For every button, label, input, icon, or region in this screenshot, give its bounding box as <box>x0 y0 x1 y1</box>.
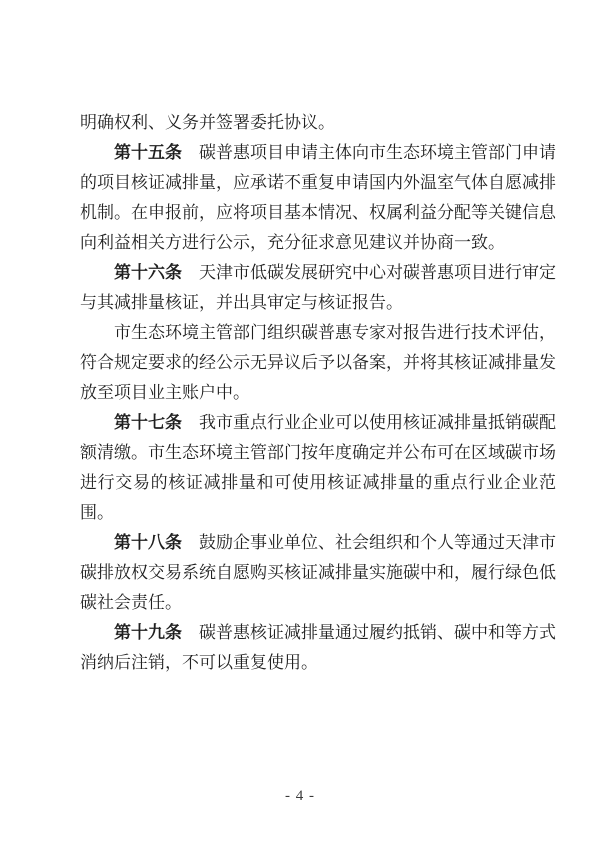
paragraph: 市生态环境主管部门组织碳普惠专家对报告进行技术评估，符合规定要求的经公示无异议后… <box>80 318 556 408</box>
paragraph: 第十八条 鼓励企事业单位、社会组织和个人等通过天津市碳排放权交易系统自愿购买核证… <box>80 528 556 618</box>
document-body: 明确权利、义务并签署委托协议。第十五条 碳普惠项目申请主体向市生态环境主管部门申… <box>80 108 556 678</box>
page-number: - 4 - <box>0 786 600 806</box>
article-number: 第十六条 <box>114 263 182 282</box>
paragraph: 第十九条 碳普惠核证减排量通过履约抵销、碳中和等方式消纳后注销，不可以重复使用。 <box>80 618 556 678</box>
paragraph-text: 明确权利、义务并签署委托协议。 <box>80 113 335 132</box>
paragraph: 第十五条 碳普惠项目申请主体向市生态环境主管部门申请的项目核证减排量，应承诺不重… <box>80 138 556 258</box>
article-number: 第十五条 <box>114 143 182 162</box>
article-number: 第十八条 <box>114 533 182 552</box>
article-number: 第十九条 <box>114 623 182 642</box>
paragraph-text: 市生态环境主管部门组织碳普惠专家对报告进行技术评估，符合规定要求的经公示无异议后… <box>80 323 556 402</box>
paragraph: 第十六条 天津市低碳发展研究中心对碳普惠项目进行审定与其减排量核证，并出具审定与… <box>80 258 556 318</box>
paragraph: 第十七条 我市重点行业企业可以使用核证减排量抵销碳配额清缴。市生态环境主管部门按… <box>80 408 556 528</box>
document-page: 明确权利、义务并签署委托协议。第十五条 碳普惠项目申请主体向市生态环境主管部门申… <box>0 0 600 848</box>
paragraph: 明确权利、义务并签署委托协议。 <box>80 108 556 138</box>
article-number: 第十七条 <box>114 413 182 432</box>
